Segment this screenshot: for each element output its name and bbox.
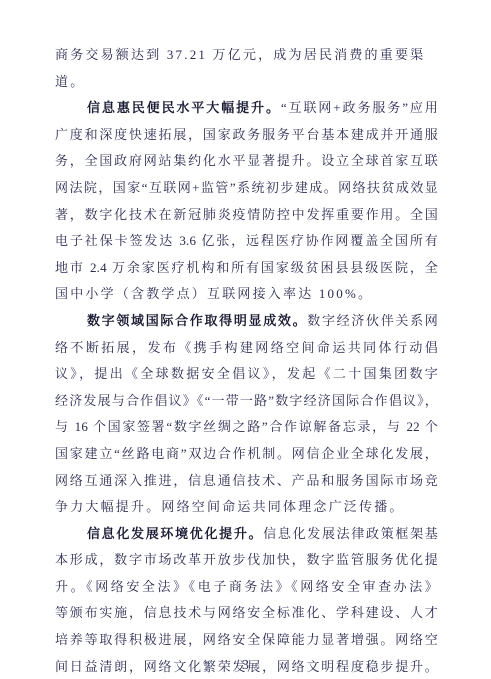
line-text: 电子社保卡签发达 3.6 亿张，远程医疗协作网覆盖全国所有: [55, 233, 438, 248]
text-line: 信息惠民便民水平大幅提升。“互联网+政务服务”应用: [55, 95, 438, 122]
line-text: 商务交易额达到 37.21 万亿元，成为居民消费的重要渠道。: [55, 47, 425, 89]
text-line: 国中小学（含教学点）互联网接入率达 100%。: [55, 281, 438, 308]
line-text: 著，数字化技术在新冠肺炎疫情防控中发挥重要作用。全国: [55, 207, 438, 222]
line-text: 升。《网络安全法》《电子商务法》《网络安全审查办法》: [55, 579, 438, 594]
text-line: 争力大幅提升。网络空间命运共同体理念广泛传播。: [55, 494, 438, 521]
document-page: 商务交易额达到 37.21 万亿元，成为居民消费的重要渠道。 信息惠民便民水平大…: [0, 0, 491, 679]
line-text: 本形成，数字市场改革开放步伐加快，数字监管服务优化提: [55, 552, 438, 567]
line-text: 培养等取得积极进展，网络安全保障能力显著增强。网络空: [55, 632, 438, 647]
paragraph-heading: 信息化发展环境优化提升。: [87, 526, 263, 541]
text-line: 数字领域国际合作取得明显成效。数字经济伙伴关系网: [55, 308, 438, 335]
text-line: 网法院，国家“互联网+监管”系统初步建成。网络扶贫成效显: [55, 175, 438, 202]
text-line: 等颁布实施，信息技术与网络安全标准化、学科建设、人才: [55, 600, 438, 627]
text-line: 务，全国政府网站集约化水平显著提升。设立全球首家互联: [55, 148, 438, 175]
text-line: 地市 2.4 万余家医疗机构和所有国家级贫困县县级医院，全: [55, 255, 438, 282]
text-line: 经济发展与合作倡议》《“一带一路”数字经济国际合作倡议》，: [55, 388, 438, 415]
text-line: 本形成，数字市场改革开放步伐加快，数字监管服务优化提: [55, 547, 438, 574]
text-line: 广度和深度快速拓展，国家政务服务平台基本建成并开通服: [55, 122, 438, 149]
line-text: “互联网+政务服务”应用: [281, 100, 438, 115]
line-text: 等颁布实施，信息技术与网络安全标准化、学科建设、人才: [55, 605, 438, 620]
text-line: 国家建立“丝路电商”双边合作机制。网信企业全球化发展，: [55, 441, 438, 468]
line-text: 地市 2.4 万余家医疗机构和所有国家级贫困县县级医院，全: [55, 260, 438, 275]
line-text: 议》，提出《全球数据安全倡议》，发起《二十国集团数字: [55, 366, 438, 381]
line-text: 国中小学（含教学点）互联网接入率达 100%。: [55, 286, 373, 301]
text-line: 信息化发展环境优化提升。信息化发展法律政策框架基: [55, 521, 438, 548]
line-text: 网法院，国家“互联网+监管”系统初步建成。网络扶贫成效显: [55, 180, 438, 195]
line-text: 信息化发展法律政策框架基: [263, 526, 438, 541]
line-text: 广度和深度快速拓展，国家政务服务平台基本建成并开通服: [55, 127, 438, 142]
paragraph-heading: 信息惠民便民水平大幅提升。: [87, 100, 281, 115]
text-line: 商务交易额达到 37.21 万亿元，成为居民消费的重要渠道。: [55, 42, 438, 95]
text-line: 议》，提出《全球数据安全倡议》，发起《二十国集团数字: [55, 361, 438, 388]
text-line: 升。《网络安全法》《电子商务法》《网络安全审查办法》: [55, 574, 438, 601]
text-line: 与 16 个国家签署“数字丝绸之路”合作谅解备忘录，与 22 个: [55, 414, 438, 441]
paragraph-heading: 数字领域国际合作取得明显成效。: [87, 313, 307, 328]
page-number: 3: [0, 658, 491, 674]
line-text: 务，全国政府网站集约化水平显著提升。设立全球首家互联: [55, 153, 438, 168]
text-line: 网络互通深入推进，信息通信技术、产品和服务国际市场竞: [55, 468, 438, 495]
line-text: 数字经济伙伴关系网: [307, 313, 438, 328]
text-line: 著，数字化技术在新冠肺炎疫情防控中发挥重要作用。全国: [55, 202, 438, 229]
text-line: 电子社保卡签发达 3.6 亿张，远程医疗协作网覆盖全国所有: [55, 228, 438, 255]
line-text: 网络互通深入推进，信息通信技术、产品和服务国际市场竞: [55, 473, 438, 488]
line-text: 与 16 个国家签署“数字丝绸之路”合作谅解备忘录，与 22 个: [55, 419, 438, 434]
text-line: 培养等取得积极进展，网络安全保障能力显著增强。网络空: [55, 627, 438, 654]
text-line: 络不断拓展，发布《携手构建网络空间命运共同体行动倡: [55, 335, 438, 362]
line-text: 络不断拓展，发布《携手构建网络空间命运共同体行动倡: [55, 340, 438, 355]
line-text: 争力大幅提升。网络空间命运共同体理念广泛传播。: [55, 499, 405, 514]
body-text: 商务交易额达到 37.21 万亿元，成为居民消费的重要渠道。 信息惠民便民水平大…: [55, 42, 438, 679]
line-text: 国家建立“丝路电商”双边合作机制。网信企业全球化发展，: [55, 446, 438, 461]
line-text: 经济发展与合作倡议》《“一带一路”数字经济国际合作倡议》，: [55, 393, 438, 408]
